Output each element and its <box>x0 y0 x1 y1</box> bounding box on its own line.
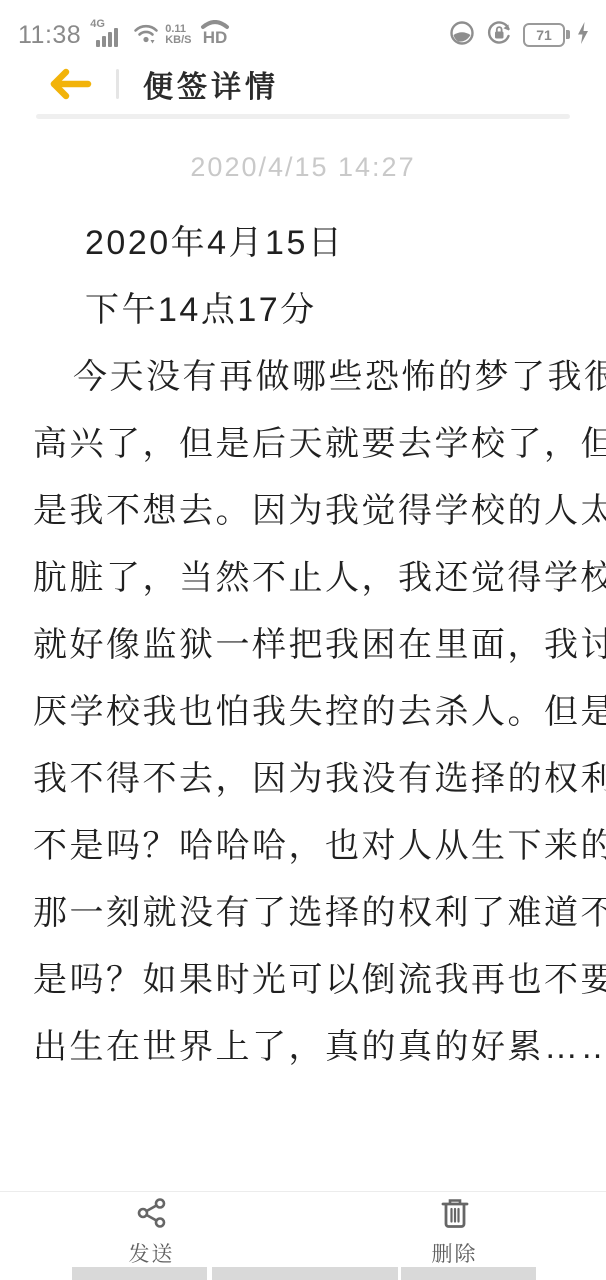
nav-hint-recents[interactable] <box>401 1267 536 1280</box>
page-title: 便签详情 <box>143 62 279 106</box>
note-line: 是吗？如果时光可以倒流我再也不要 <box>33 947 580 1014</box>
speed-unit: KB/S <box>165 35 191 47</box>
eye-protection-icon <box>449 20 475 51</box>
note-line: 是我不想去。因为我觉得学校的人太 <box>33 478 580 545</box>
note-line: 厌学校我也怕我失控的去杀人。但是 <box>33 679 580 746</box>
share-icon <box>136 1197 168 1234</box>
battery-icon: 71 <box>523 23 565 47</box>
nav-hint-home[interactable] <box>212 1267 398 1280</box>
svg-text:HD: HD <box>202 28 227 46</box>
wifi-icon <box>132 21 160 50</box>
signal-bars-icon: 4G <box>90 20 124 50</box>
status-bar: 11:38 4G 0.11 KB/S HD <box>0 0 606 56</box>
signal-strength-bars <box>96 28 118 47</box>
note-line: 不是吗？哈哈哈，也对人从生下来的 <box>33 813 580 880</box>
trash-icon <box>440 1197 470 1234</box>
back-arrow-icon[interactable] <box>44 67 94 101</box>
status-bar-right: 71 <box>449 20 590 51</box>
header-divider <box>116 69 119 99</box>
header-rule <box>36 114 570 119</box>
note-line: 2020年4月15日 <box>33 210 580 277</box>
note-detail-screen: 11:38 4G 0.11 KB/S HD <box>0 0 606 1280</box>
network-speed: 0.11 KB/S <box>165 24 191 47</box>
note-line: 我不得不去，因为我没有选择的权利 <box>33 746 580 813</box>
charging-icon <box>576 21 590 50</box>
note-line: 出生在世界上了，真的真的好累…… <box>33 1014 580 1081</box>
note-line: 肮脏了，当然不止人，我还觉得学校 <box>33 545 580 612</box>
note-line: 下午14点17分 <box>33 277 580 344</box>
note-line: 那一刻就没有了选择的权利了难道不 <box>33 880 580 947</box>
note-line: 就好像监狱一样把我困在里面，我讨 <box>33 612 580 679</box>
hd-volte-icon: HD <box>198 20 232 51</box>
clock-time: 11:38 <box>18 21 81 50</box>
rotation-lock-icon <box>486 20 512 51</box>
delete-label: 删除 <box>432 1238 478 1268</box>
delete-button[interactable]: 删除 <box>303 1197 606 1267</box>
note-line: 今天没有再做哪些恐怖的梦了我很 <box>33 344 580 411</box>
note-line: 高兴了，但是后天就要去学校了，但 <box>33 411 580 478</box>
note-timestamp: 2020/4/15 14:27 <box>0 152 606 183</box>
nav-hint-back[interactable] <box>72 1267 207 1280</box>
send-button[interactable]: 发送 <box>0 1197 303 1267</box>
header: 便签详情 <box>0 58 606 110</box>
send-label: 发送 <box>129 1238 175 1268</box>
toolbar-buttons: 发送 删除 <box>0 1192 606 1267</box>
note-lines: 2020年4月15日下午14点17分今天没有再做哪些恐怖的梦了我很高兴了，但是后… <box>33 210 580 1081</box>
battery-percent: 71 <box>536 27 552 43</box>
note-body[interactable]: 2020年4月15日下午14点17分今天没有再做哪些恐怖的梦了我很高兴了，但是后… <box>33 210 580 1081</box>
